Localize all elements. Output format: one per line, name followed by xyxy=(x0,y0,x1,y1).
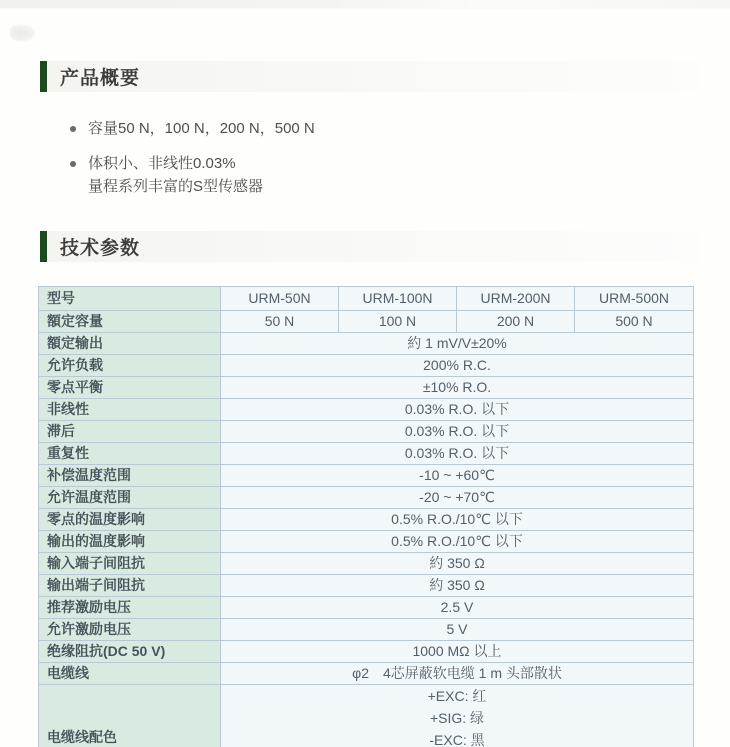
table-row: 允许激励电压5 V xyxy=(39,619,694,641)
spec-value-cell: 0.03% R.O. 以下 xyxy=(221,421,694,443)
spec-value-cell: -10 ~ +60℃ xyxy=(221,465,694,487)
section-heading-overview: 产品概要 xyxy=(40,61,700,92)
table-row: 输入端子间阻抗約 350 Ω xyxy=(39,553,694,575)
row-label: 允许负载 xyxy=(39,355,221,377)
bullet-item: 体积小、非线性0.03%量程系列丰富的S型传感器 xyxy=(66,152,666,198)
table-row: 绝缘阻抗(DC 50 V)1000 MΩ 以上 xyxy=(39,641,694,663)
row-label: 允许激励电压 xyxy=(39,619,221,641)
table-row: 額定容量50 N100 N200 N500 N xyxy=(39,311,694,333)
capacity-cell: 50 N xyxy=(221,311,339,333)
row-label: 型号 xyxy=(39,287,221,311)
spec-value-cell: 2.5 V xyxy=(221,597,694,619)
green-accent-bar xyxy=(40,231,47,262)
row-label: 零点的温度影响 xyxy=(39,509,221,531)
overview-section-title: 产品概要 xyxy=(47,63,140,90)
row-label: 绝缘阻抗(DC 50 V) xyxy=(39,641,221,663)
row-label: 电缆线 xyxy=(39,663,221,685)
row-label: 推荐激励电压 xyxy=(39,597,221,619)
table-row: 滞后0.03% R.O. 以下 xyxy=(39,421,694,443)
table-row: 型号URM-50NURM-100NURM-200NURM-500N xyxy=(39,287,694,311)
row-label: 输入端子间阻抗 xyxy=(39,553,221,575)
bullet-line: 体积小、非线性0.03% xyxy=(88,152,666,175)
capacity-cell: 100 N xyxy=(339,311,457,333)
spec-value-cell: 約 1 mV/V±20% xyxy=(221,333,694,355)
overview-bullet-list: 容量50 N，100 N，200 N，500 N体积小、非线性0.03%量程系列… xyxy=(66,117,666,210)
spec-value-cell: -20 ~ +70℃ xyxy=(221,487,694,509)
row-label: 输出的温度影响 xyxy=(39,531,221,553)
table-row: 输出的温度影响0.5% R.O./10℃ 以下 xyxy=(39,531,694,553)
spec-value-cell: φ2 4芯屏蔽软电缆 1 m 头部散状 xyxy=(221,663,694,685)
spec-table: 型号URM-50NURM-100NURM-200NURM-500N額定容量50 … xyxy=(38,286,694,747)
section-heading-specs: 技术参数 xyxy=(40,231,700,262)
row-label: 输出端子间阻抗 xyxy=(39,575,221,597)
table-row: 电缆线φ2 4芯屏蔽软电缆 1 m 头部散状 xyxy=(39,663,694,685)
spec-value-cell: ±10% R.O. xyxy=(221,377,694,399)
model-name-cell: URM-100N xyxy=(339,287,457,311)
bullet-line: 量程系列丰富的S型传感器 xyxy=(88,175,666,198)
cable-color-line: +EXC: 红 xyxy=(221,685,693,707)
scan-artifact xyxy=(10,24,36,42)
bullet-item: 容量50 N，100 N，200 N，500 N xyxy=(66,117,666,140)
table-row: 非线性0.03% R.O. 以下 xyxy=(39,399,694,421)
model-name-cell: URM-50N xyxy=(221,287,339,311)
spec-value-cell: 5 V xyxy=(221,619,694,641)
spec-value-cell: 0.5% R.O./10℃ 以下 xyxy=(221,509,694,531)
cable-color-line: -EXC: 黑 xyxy=(221,729,693,747)
capacity-cell: 200 N xyxy=(457,311,575,333)
row-label: 額定容量 xyxy=(39,311,221,333)
row-label: 非线性 xyxy=(39,399,221,421)
spec-value-cell: 0.5% R.O./10℃ 以下 xyxy=(221,531,694,553)
table-row: 输出端子间阻抗約 350 Ω xyxy=(39,575,694,597)
spec-value-cell: 約 350 Ω xyxy=(221,553,694,575)
spec-table-body: 型号URM-50NURM-100NURM-200NURM-500N額定容量50 … xyxy=(39,287,694,747)
model-name-cell: URM-500N xyxy=(575,287,694,311)
product-spec-page: 产品概要 容量50 N，100 N，200 N，500 N体积小、非线性0.03… xyxy=(0,0,730,747)
spec-value-cell: 約 350 Ω xyxy=(221,575,694,597)
model-name-cell: URM-200N xyxy=(457,287,575,311)
spec-value-cell: 0.03% R.O. 以下 xyxy=(221,443,694,465)
capacity-cell: 500 N xyxy=(575,311,694,333)
row-label: 电缆线配色 xyxy=(39,685,221,747)
top-image-remnant xyxy=(0,0,730,9)
row-label: 滞后 xyxy=(39,421,221,443)
table-row: 允许负载200% R.C. xyxy=(39,355,694,377)
green-accent-bar xyxy=(40,61,47,92)
table-row: 补偿温度范围-10 ~ +60℃ xyxy=(39,465,694,487)
row-label: 允许温度范围 xyxy=(39,487,221,509)
spec-value-cell: 200% R.C. xyxy=(221,355,694,377)
table-row: 額定输出約 1 mV/V±20% xyxy=(39,333,694,355)
row-label: 額定输出 xyxy=(39,333,221,355)
bullet-line: 容量50 N，100 N，200 N，500 N xyxy=(88,117,666,140)
spec-value-cell: 0.03% R.O. 以下 xyxy=(221,399,694,421)
table-row: 重复性0.03% R.O. 以下 xyxy=(39,443,694,465)
specs-section-title: 技术参数 xyxy=(47,233,140,260)
table-row: 推荐激励电压2.5 V xyxy=(39,597,694,619)
table-row: 零点平衡±10% R.O. xyxy=(39,377,694,399)
table-row: 零点的温度影响0.5% R.O./10℃ 以下 xyxy=(39,509,694,531)
table-row: 允许温度范围-20 ~ +70℃ xyxy=(39,487,694,509)
spec-value-cell: 1000 MΩ 以上 xyxy=(221,641,694,663)
table-row: 电缆线配色+EXC: 红+SIG: 绿-EXC: 黑 xyxy=(39,685,694,747)
row-label: 重复性 xyxy=(39,443,221,465)
row-label: 零点平衡 xyxy=(39,377,221,399)
cable-color-cell: +EXC: 红+SIG: 绿-EXC: 黑 xyxy=(221,685,694,747)
cable-color-line: +SIG: 绿 xyxy=(221,707,693,729)
row-label: 补偿温度范围 xyxy=(39,465,221,487)
